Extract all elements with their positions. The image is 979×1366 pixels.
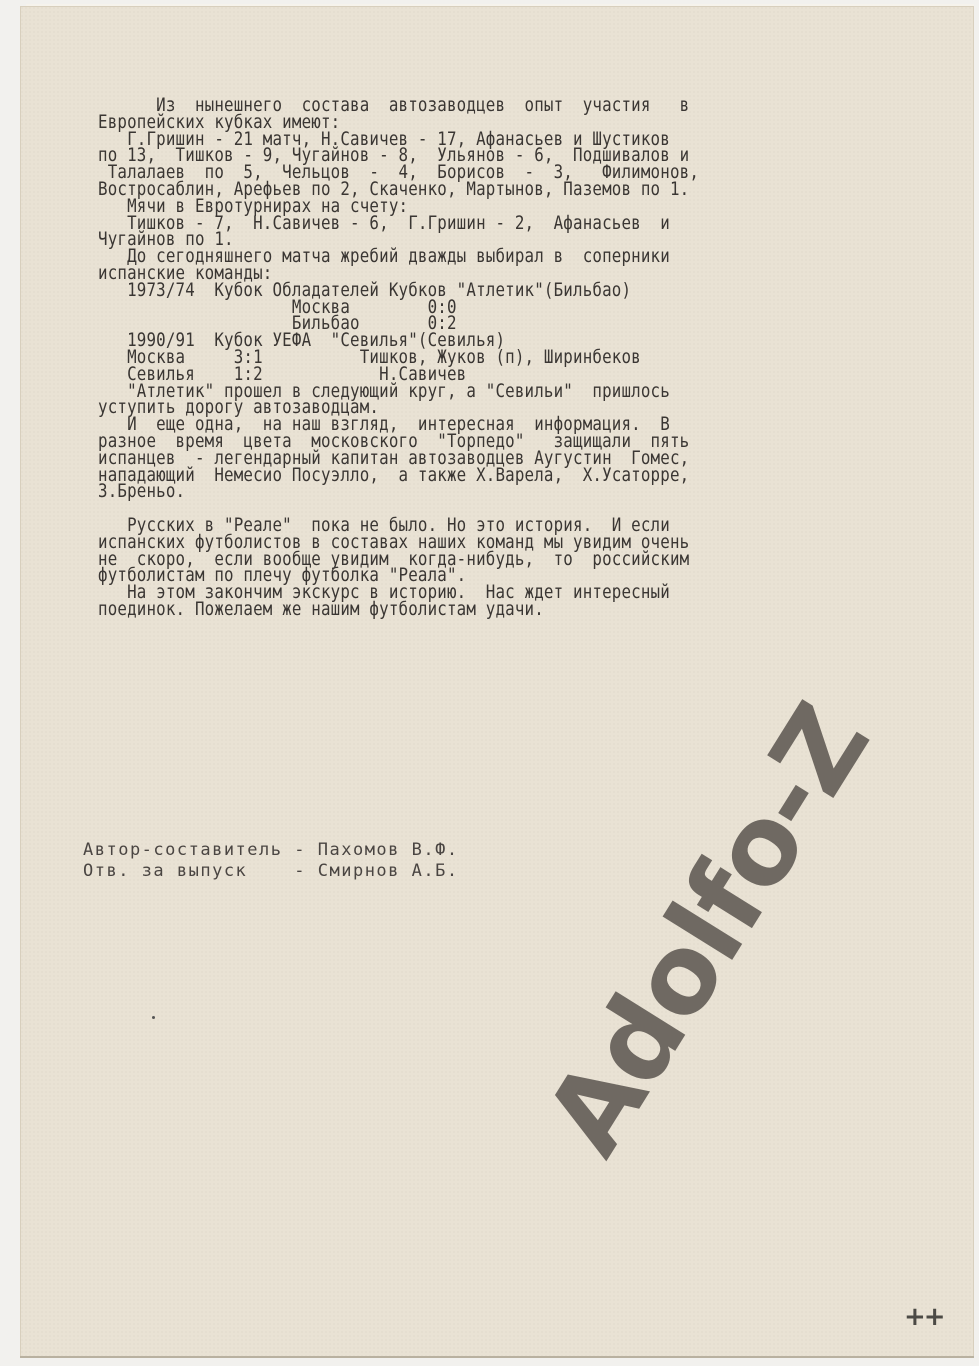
text-line: поединок. Пожелаем же нашим футболистам … (98, 602, 783, 619)
corner-cross-marks: ++ (904, 1302, 944, 1332)
credits: Автор-составитель - Пахомов В.Ф. Отв. за… (83, 840, 459, 882)
text-line: З.Бреньо. (98, 484, 783, 501)
editor-label: Отв. за выпуск (83, 861, 247, 881)
ink-speck (152, 1016, 155, 1019)
credit-editor: Отв. за выпуск - Смирнов А.Б. (83, 861, 459, 882)
editor-dash: - (294, 861, 306, 881)
article-body: Из нынешнего состава автозаводцев опыт у… (98, 98, 783, 619)
author-label: Автор-составитель (83, 840, 283, 860)
author-dash: - (294, 840, 306, 860)
text-line: нападающий Немесио Посуэлло, а также Х.В… (98, 468, 783, 485)
author-name: Пахомов В.Ф. (318, 840, 459, 860)
editor-name: Смирнов А.Б. (318, 861, 459, 881)
credit-author: Автор-составитель - Пахомов В.Ф. (83, 840, 459, 861)
page-bottom-edge (20, 1356, 974, 1358)
